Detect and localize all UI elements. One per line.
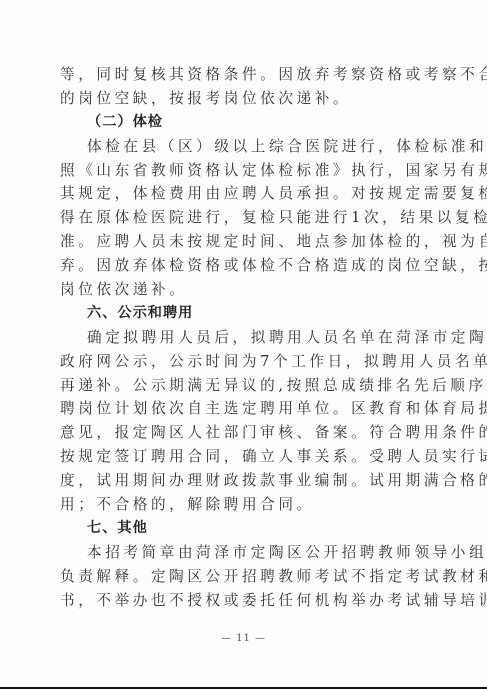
text-line: 得在原体检医院进行，复检只能进行1次，结果以复检结论为 — [60, 206, 430, 230]
text-line: 体检在县（区）级以上综合医院进行，体检标准和项目参 — [60, 135, 430, 159]
text-line: 的岗位空缺，按报考岗位依次递补。 — [60, 87, 430, 111]
text-line: 岗位依次递补。 — [60, 278, 430, 302]
text-line: 本招考简章由菏泽市定陶区公开招聘教师领导小组办公室 — [60, 541, 430, 565]
text-line: 书，不举办也不授权或委托任何机构举办考试辅导培训班。 — [60, 589, 430, 613]
text-line: 照《山东省教师资格认定体检标准》执行，国家另有规定的从 — [60, 159, 430, 183]
section-heading: 六、公示和聘用 — [60, 302, 430, 326]
document-page: 等，同时复核其资格条件。因放弃考察资格或考察不合格造成 的岗位空缺，按报考岗位依… — [0, 0, 487, 687]
text-line: 用；不合格的，解除聘用合同。 — [60, 493, 430, 517]
text-line: 弃。因放弃体检资格或体检不合格造成的岗位空缺，按照报考 — [60, 254, 430, 278]
text-line: 确定拟聘用人员后，拟聘用人员名单在菏泽市定陶区人民 — [60, 326, 430, 350]
text-line: 政府网公示，公示时间为7个工作日，拟聘用人员名单公示后不 — [60, 350, 430, 374]
text-line: 度，试用期间办理财政拨款事业编制。试用期满合格的,正式聘 — [60, 469, 430, 493]
section-heading: 七、其他 — [60, 517, 430, 541]
document-body: 等，同时复核其资格条件。因放弃考察资格或考察不合格造成 的岗位空缺，按报考岗位依… — [60, 63, 430, 612]
text-line: 按规定签订聘用合同，确立人事关系。受聘人员实行试用期制 — [60, 445, 430, 469]
text-line: 意见，报定陶区人社部门审核、备案。符合聘用条件的人员， — [60, 421, 430, 445]
text-line: 等，同时复核其资格条件。因放弃考察资格或考察不合格造成 — [60, 63, 430, 87]
text-line: 其规定，体检费用由应聘人员承担。对按规定需要复检的，不 — [60, 182, 430, 206]
text-line: 再递补。公示期满无异议的,按照总成绩排名先后顺序，依据招 — [60, 374, 430, 398]
text-line: 负责解释。定陶区公开招聘教师考试不指定考试教材和辅导用 — [60, 565, 430, 589]
text-line: 准。应聘人员未按规定时间、地点参加体检的，视为自动放 — [60, 230, 430, 254]
text-line: 聘岗位计划依次自主选定聘用单位。区教育和体育局提出聘用 — [60, 397, 430, 421]
page-number: — 11 — — [0, 633, 487, 644]
section-heading: （二）体检 — [60, 111, 430, 135]
